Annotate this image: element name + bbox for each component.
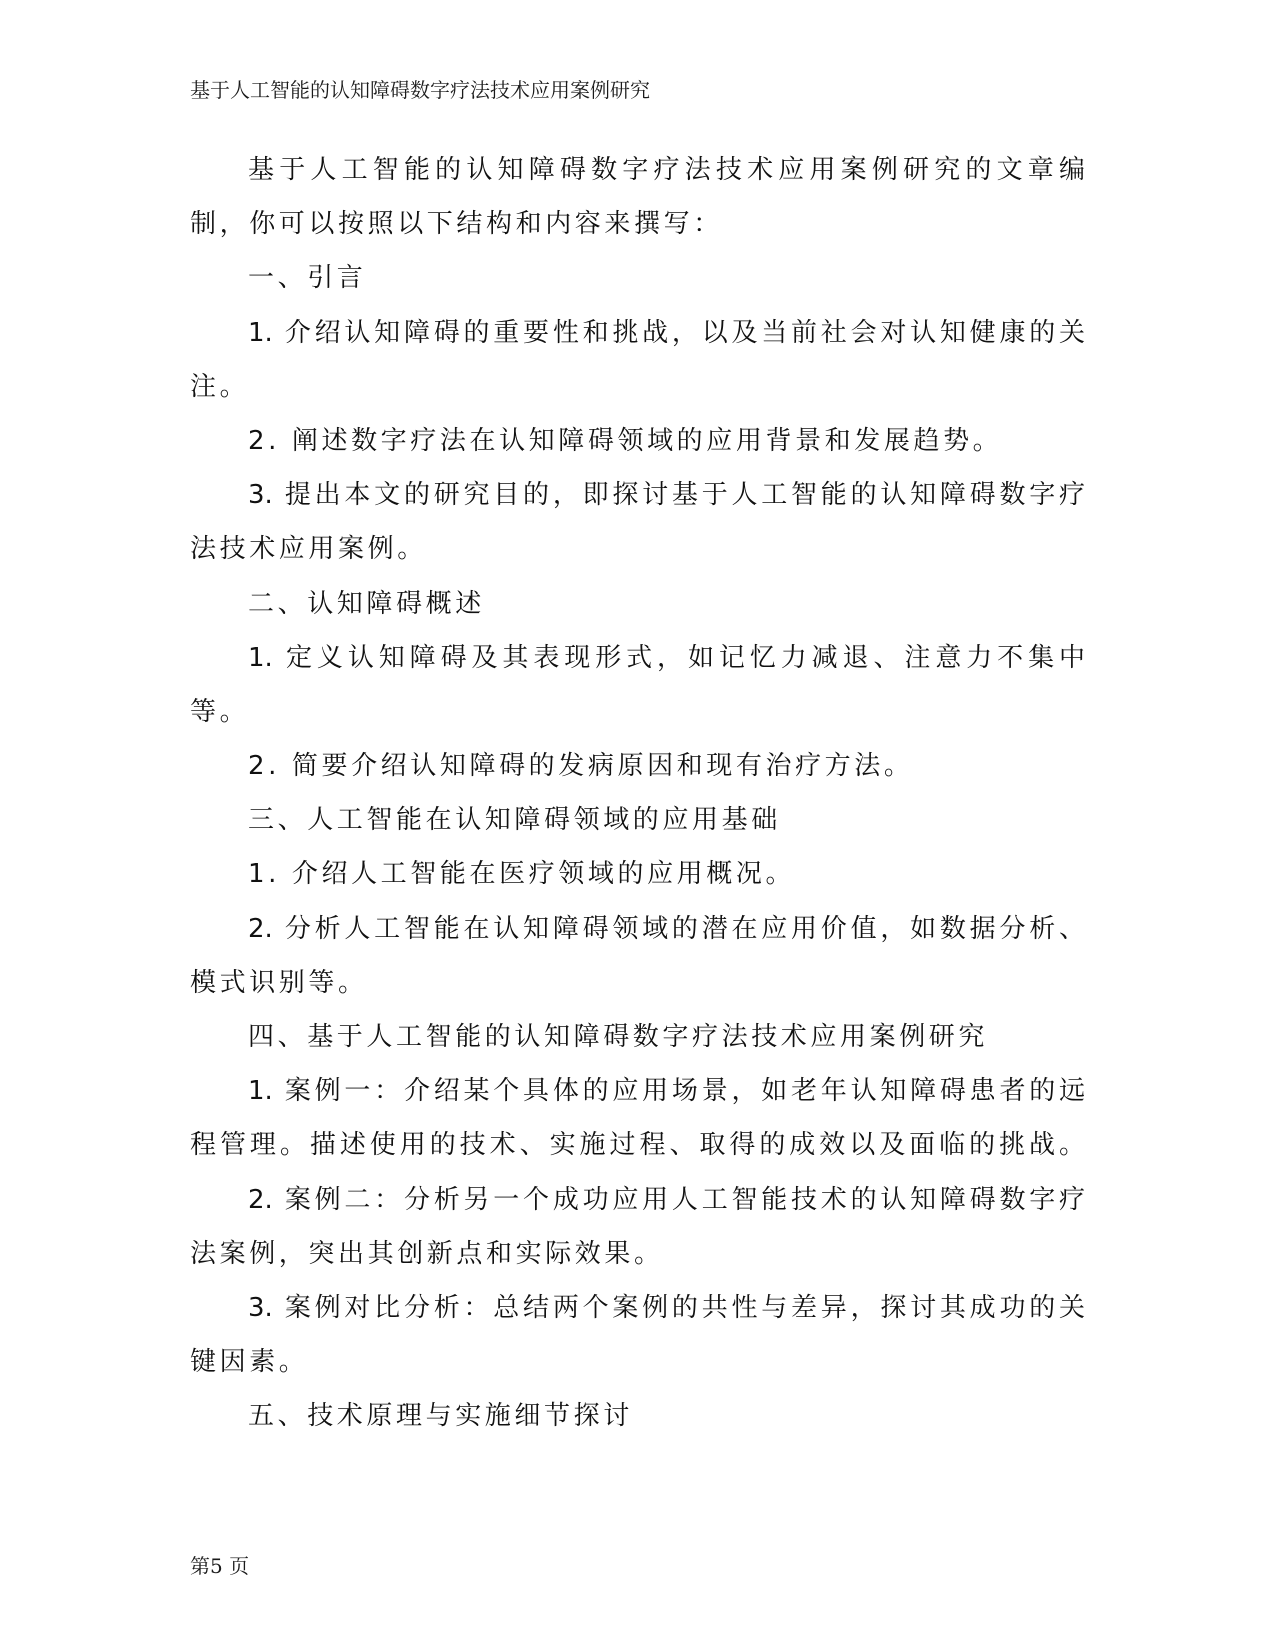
- running-header: 基于人工智能的认知障碍数字疗法技术应用案例研究: [190, 74, 650, 103]
- document-body: 基于人工智能的认知障碍数字疗法技术应用案例研究的文章编 制，你可以按照以下结构和…: [190, 148, 1085, 1449]
- list-item-line: 1. 介绍人工智能在医疗领域的应用概况。: [190, 852, 1085, 906]
- list-item-line: 键因素。: [190, 1340, 1085, 1394]
- section-heading: 五、技术原理与实施细节探讨: [190, 1394, 1085, 1448]
- paragraph-line: 基于人工智能的认知障碍数字疗法技术应用案例研究的文章编: [190, 148, 1085, 202]
- page-number: 第5 页: [190, 1550, 249, 1579]
- section-heading: 一、引言: [190, 256, 1085, 310]
- list-item-line: 3. 案例对比分析：总结两个案例的共性与差异，探讨其成功的关: [190, 1286, 1085, 1340]
- list-item-line: 1. 定义认知障碍及其表现形式，如记忆力减退、注意力不集中: [190, 636, 1085, 690]
- paragraph-line: 制，你可以按照以下结构和内容来撰写：: [190, 202, 1085, 256]
- list-item-line: 2. 案例二：分析另一个成功应用人工智能技术的认知障碍数字疗: [190, 1178, 1085, 1232]
- list-item-line: 等。: [190, 690, 1085, 744]
- section-heading: 四、基于人工智能的认知障碍数字疗法技术应用案例研究: [190, 1015, 1085, 1069]
- list-item-line: 3. 提出本文的研究目的，即探讨基于人工智能的认知障碍数字疗: [190, 473, 1085, 527]
- list-item-line: 2. 阐述数字疗法在认知障碍领域的应用背景和发展趋势。: [190, 419, 1085, 473]
- list-item-line: 法技术应用案例。: [190, 527, 1085, 581]
- section-heading: 二、认知障碍概述: [190, 582, 1085, 636]
- list-item-line: 2. 分析人工智能在认知障碍领域的潜在应用价值，如数据分析、: [190, 907, 1085, 961]
- list-item-line: 模式识别等。: [190, 961, 1085, 1015]
- list-item-line: 1. 介绍认知障碍的重要性和挑战，以及当前社会对认知健康的关: [190, 311, 1085, 365]
- list-item-line: 法案例，突出其创新点和实际效果。: [190, 1232, 1085, 1286]
- list-item-line: 程管理。描述使用的技术、实施过程、取得的成效以及面临的挑战。: [190, 1123, 1085, 1177]
- list-item-line: 注。: [190, 365, 1085, 419]
- list-item-line: 1. 案例一：介绍某个具体的应用场景，如老年认知障碍患者的远: [190, 1069, 1085, 1123]
- list-item-line: 2. 简要介绍认知障碍的发病原因和现有治疗方法。: [190, 744, 1085, 798]
- section-heading: 三、人工智能在认知障碍领域的应用基础: [190, 798, 1085, 852]
